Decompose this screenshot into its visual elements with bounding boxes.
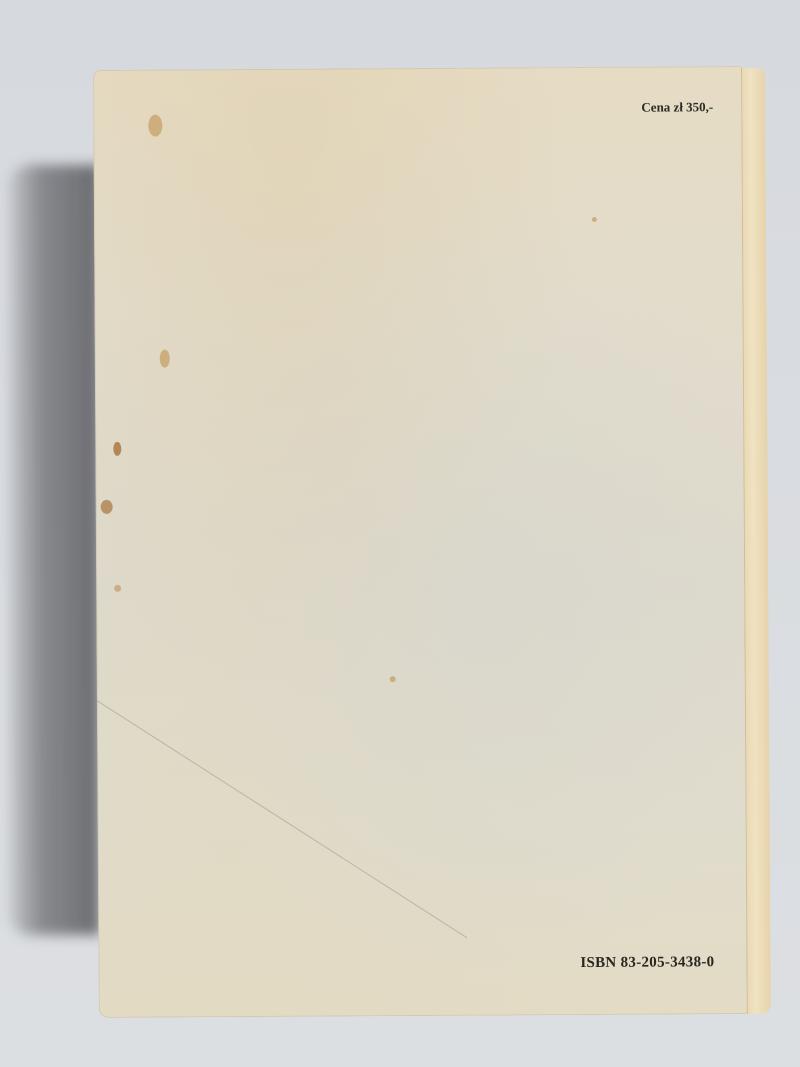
stain [148,115,162,137]
stain [114,585,121,592]
isbn-label: ISBN 83-205-3438-0 [580,954,714,972]
crease [96,700,467,938]
stain [592,217,597,222]
book-shadow [10,165,100,935]
back-cover: Cena zł 350,- ISBN 83-205-3438-0 [93,66,749,1018]
stain [101,500,113,514]
stain [390,676,396,682]
book-spine-edge [741,68,771,1014]
stain [160,350,170,368]
book: Cena zł 350,- ISBN 83-205-3438-0 [93,66,771,1020]
price-label: Cena zł 350,- [641,99,713,115]
stain [113,442,121,456]
